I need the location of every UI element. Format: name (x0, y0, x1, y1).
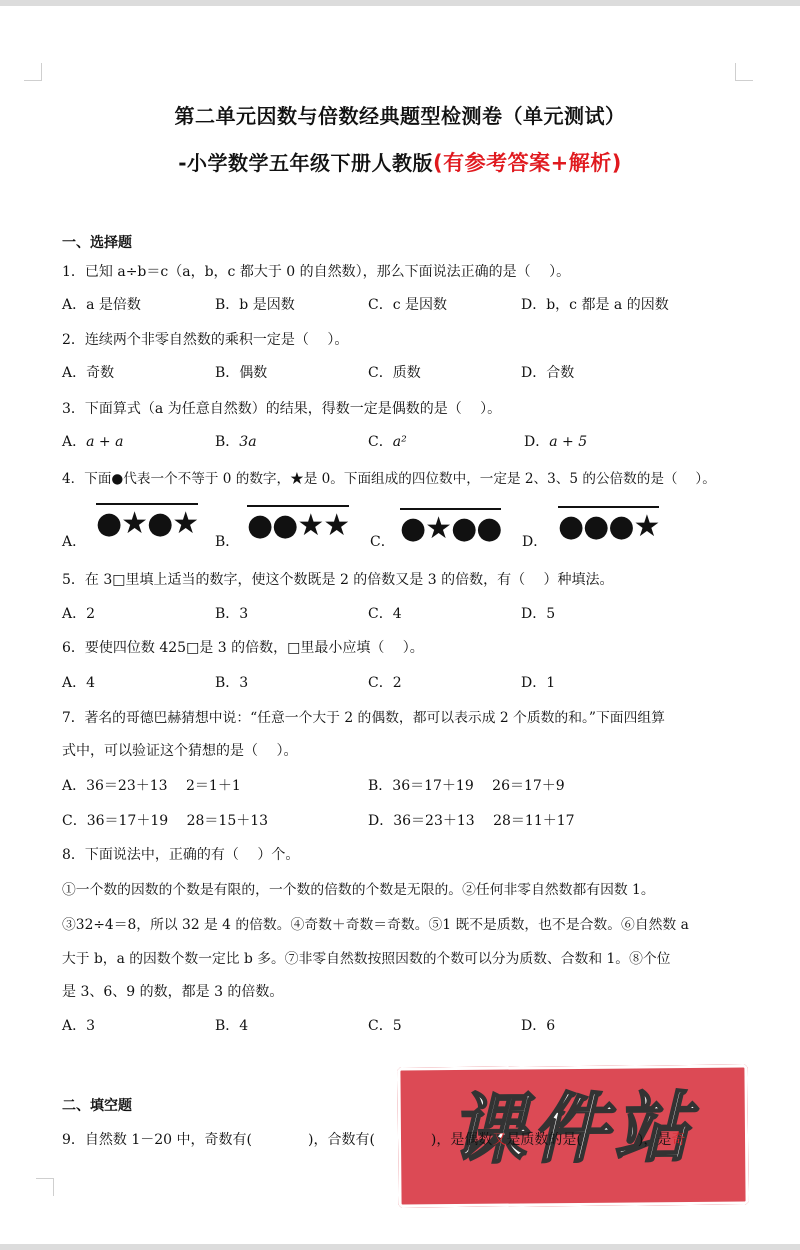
option-d: D．a + 5 (524, 431, 587, 451)
option-a: A．36＝23＋13 2＝1＋1 (62, 775, 241, 795)
overlined-digit-symbols: ●●★★ (247, 505, 349, 542)
option-label: D． (522, 531, 547, 551)
question-text: 9．自然数 1－20 中，奇数有( )，合数有( )，是偶数 (62, 1132, 492, 1148)
option-b: B．3a (215, 431, 257, 451)
option-math: a + a (86, 434, 123, 450)
option-row: A．2 B．3 C．4 D．5 (62, 603, 762, 623)
option-d: D．36＝23＋13 28＝11＋17 (368, 810, 575, 830)
question-stem: 8．下面说法中，正确的有（ ）个。 (62, 844, 299, 864)
document-page (0, 6, 800, 1244)
question-stem: 9．自然数 1－20 中，奇数有( )，合数有( )，是偶数又是质数的是( )，… (62, 1129, 685, 1149)
option-a: A．a + a (62, 431, 123, 451)
option-row: A．4 B．3 C．2 D．1 (62, 672, 762, 692)
option-label: A． (62, 531, 86, 551)
option-b: B．36＝17＋19 26＝17＋9 (368, 775, 565, 795)
margin-corner-mark (24, 63, 42, 81)
option-b: B．4 (215, 1015, 248, 1035)
option-row: A．3 B．4 C．5 D．6 (62, 1015, 762, 1035)
margin-corner-mark (36, 1178, 54, 1196)
overlined-digit-symbols: ●★●★ (96, 503, 198, 540)
question-stem: 6．要使四位数 425□是 3 的倍数，□里最小应填（ ）。 (62, 637, 424, 657)
option-label: C． (368, 434, 393, 450)
option-c: C．2 (368, 672, 402, 692)
subtitle-answer-note: (有参考答案+解析) (433, 151, 622, 175)
option-math: a² (393, 434, 407, 450)
question-stem-continued: 式中，可以验证这个猜想的是（ ）。 (62, 740, 297, 760)
question-stem: 7．著名的哥德巴赫猜想中说：“任意一个大于 2 的偶数，都可以表示成 2 个质数… (62, 706, 665, 726)
option-math: a + 5 (549, 434, 587, 450)
option-b: B．偶数 (215, 362, 267, 382)
viewer-bottom-bar (0, 1244, 800, 1250)
option-row: A．奇数 B．偶数 C．质数 D．合数 (62, 362, 762, 382)
option-c: C．5 (368, 1015, 402, 1035)
statement-line: ①一个数的因数的个数是有限的，一个数的倍数的个数是无限的。②任何非零自然数都有因… (62, 878, 655, 898)
option-row: A．36＝23＋13 2＝1＋1 B．36＝17＋19 26＝17＋9 (62, 775, 762, 795)
question-text-highlight: 奇 (671, 1132, 685, 1148)
option-b: B．3 (215, 672, 248, 692)
option-row: A．a 是倍数 B．b 是因数 C．c 是因数 D．b，c 都是 a 的因数 (62, 294, 762, 314)
option-math: 3a (239, 434, 256, 450)
option-b: B．b 是因数 (215, 294, 295, 314)
option-d: D．5 (521, 603, 555, 623)
option-d: D．6 (521, 1015, 555, 1035)
option-a: A．4 (62, 672, 95, 692)
statement-line: 大于 b，a 的因数个数一定比 b 多。⑦非零自然数按照因数的个数可以分为质数、… (62, 947, 670, 967)
option-label: B． (215, 434, 239, 450)
subtitle-text: -小学数学五年级下册人教版 (178, 151, 433, 175)
document-title: 第二单元因数与倍数经典题型检测卷（单元测试） (0, 100, 800, 129)
option-label: A． (62, 434, 86, 450)
question-stem: 2．连续两个非零自然数的乘积一定是（ ）。 (62, 329, 348, 349)
question-text: 是质数的是( )，是 (506, 1132, 671, 1148)
question-stem: 4．下面●代表一个不等于 0 的数字，★是 0。下面组成的四位数中，一定是 2、… (62, 467, 716, 487)
option-d: D．b，c 都是 a 的因数 (521, 294, 669, 314)
option-label: C． (370, 531, 395, 551)
option-d: D．1 (521, 672, 555, 692)
question-text-highlight: 又 (492, 1132, 506, 1148)
option-row: A． ●★●★ B． ●●★★ C． ●★●● D． ●●●★ (62, 503, 762, 551)
option-label: B． (215, 531, 239, 551)
statement-line: ③32÷4＝8，所以 32 是 4 的倍数。④奇数＋奇数＝奇数。⑤1 既不是质数… (62, 913, 689, 933)
overlined-digit-symbols: ●●●★ (558, 506, 659, 543)
option-b: B．3 (215, 603, 248, 623)
question-stem: 3．下面算式（a 为任意自然数）的结果，得数一定是偶数的是（ ）。 (62, 398, 501, 418)
option-c: C．a² (368, 431, 407, 451)
option-label: D． (524, 434, 549, 450)
margin-corner-mark (735, 63, 753, 81)
option-a: A．a 是倍数 (62, 294, 141, 314)
option-row: C．36＝17＋19 28＝15＋13 D．36＝23＋13 28＝11＋17 (62, 810, 762, 830)
option-c: C．4 (368, 603, 402, 623)
option-a: A．2 (62, 603, 95, 623)
option-c: C．c 是因数 (368, 294, 447, 314)
section-heading: 一、选择题 (62, 232, 132, 252)
question-stem: 5．在 3□里填上适当的数字，使这个数既是 2 的倍数又是 3 的倍数，有（ ）… (62, 569, 614, 589)
question-stem: 1．已知 a÷b＝c（a，b，c 都大于 0 的自然数），那么下面说法正确的是（… (62, 261, 570, 281)
option-d: D．合数 (521, 362, 574, 382)
option-a: A．3 (62, 1015, 95, 1035)
document-subtitle: -小学数学五年级下册人教版(有参考答案+解析) (0, 147, 800, 177)
statement-line: 是 3、6、9 的数，都是 3 的倍数。 (62, 981, 283, 1001)
section-heading: 二、填空题 (62, 1095, 132, 1115)
option-a: A．奇数 (62, 362, 114, 382)
option-c: C．36＝17＋19 28＝15＋13 (62, 810, 268, 830)
option-row: A．a + a B．3a C．a² D．a + 5 (62, 431, 762, 451)
overlined-digit-symbols: ●★●● (400, 508, 501, 545)
option-c: C．质数 (368, 362, 421, 382)
